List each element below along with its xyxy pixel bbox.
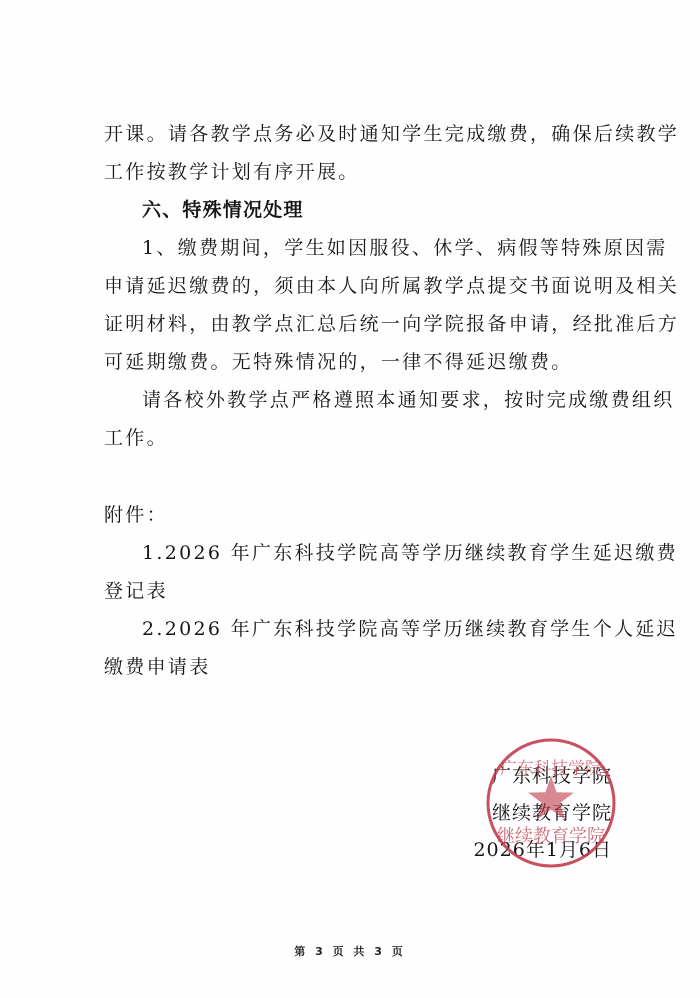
attachment-item: 2.2026 年广东科技学院高等学历继续教育学生个人延迟 <box>142 617 678 641</box>
attachments-label: 附件： <box>104 503 168 527</box>
page-number: 第 3 页 共 3 页 <box>0 943 700 959</box>
attachment-item-continuation: 缴费申请表 <box>104 655 211 679</box>
paragraph-line: 申请延迟缴费的，须由本人向所属教学点提交书面说明及相关 <box>104 274 679 298</box>
attachment-item-continuation: 登记表 <box>104 579 168 603</box>
signature-dept: 继续教育学院 <box>492 801 612 825</box>
paragraph-line: 证明材料，由教学点汇总后统一向学院报备申请，经批准后方 <box>104 312 679 336</box>
paragraph-line: 请各校外教学点严格遵照本通知要求，按时完成缴费组织 <box>142 388 675 412</box>
paragraph-line: 可延期缴费。无特殊情况的，一律不得延迟缴费。 <box>104 350 573 374</box>
signature-date: 2026年1月6日 <box>473 838 612 862</box>
paragraph-line: 开课。请各教学点务必及时通知学生完成缴费，确保后续教学 <box>104 122 679 146</box>
paragraph-line: 工作按教学计划有序开展。 <box>104 160 360 184</box>
paragraph-line: 1、缴费期间，学生如因服役、休学、病假等特殊原因需 <box>142 236 668 260</box>
paragraph-line: 工作。 <box>104 426 168 450</box>
document-page: 开课。请各教学点务必及时通知学生完成缴费，确保后续教学 工作按教学计划有序开展。… <box>0 0 700 998</box>
signature-org: 广东科技学院 <box>492 764 612 788</box>
section-heading: 六、特殊情况处理 <box>142 198 304 222</box>
attachment-item: 1.2026 年广东科技学院高等学历继续教育学生延迟缴费 <box>142 541 678 565</box>
